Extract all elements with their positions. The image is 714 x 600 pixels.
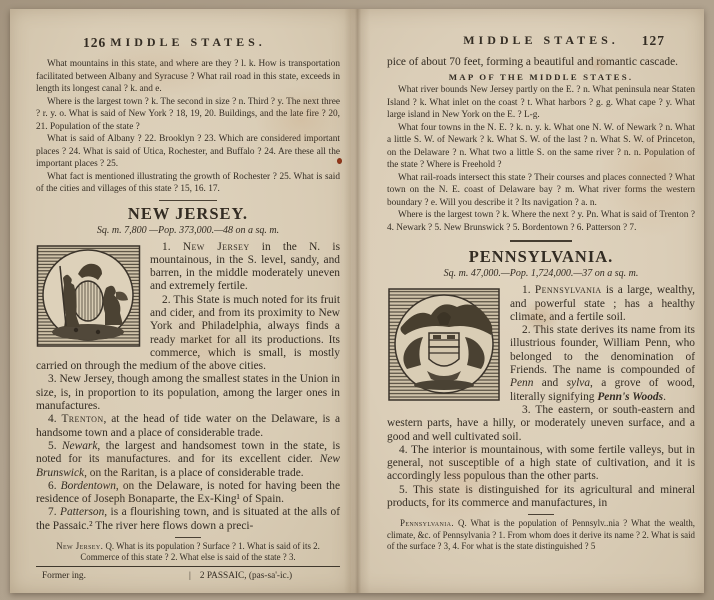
page-126-header: 126 MIDDLE STATES. [36,35,340,53]
nj-paragraph-3: 3. New Jersey, though among the smallest… [36,373,340,413]
page-number-127: 127 [642,33,665,49]
page-126: 126 MIDDLE STATES. What mountains in thi… [10,9,351,593]
ink-speck [337,158,342,164]
pa-paragraph-5: 5. This state is distinguished for its a… [387,484,695,511]
page-127-content: MIDDLE STATES. 127 pice of about 70 feet… [351,9,704,593]
new-jersey-stats: Sq. m. 7,800 —Pop. 373,000.—48 on a sq. … [36,225,340,237]
map-section-heading: MAP OF THE MIDDLE STATES. [387,72,695,82]
nj-paragraph-7: 7. Patterson, is a flourishing town, and… [36,506,340,533]
footnote-full-rule [36,566,340,567]
continuation-paragraph: pice of about 70 feet, forming a beautif… [387,56,695,69]
footnote-passaic: 2 PASSAIC, (pas-sa'-ic.) [200,571,292,582]
pennsylvania-divider-rule [510,240,572,242]
review-question-1: What mountains in this state, and where … [36,58,340,96]
page-number-126: 126 [83,35,106,51]
running-title-left: MIDDLE STATES. [36,35,340,50]
pennsylvania-body: 1. Pennsylvania is a large, wealthy, and… [387,284,695,510]
page-spread: 126 MIDDLE STATES. What mountains in thi… [10,9,704,593]
new-jersey-body: 1. New Jersey in the N. is mountainous, … [36,241,340,534]
review-question-4: What fact is mentioned illustrating the … [36,171,340,196]
section-divider-rule [159,200,217,201]
nj-paragraph-4: 4. Trenton, at the head of tide water on… [36,413,340,440]
pennsylvania-coat-of-arms-engraving [387,287,501,403]
pennsylvania-stats: Sq. m. 47,000.—Pop. 1,724,000.—37 on a s… [387,268,695,280]
pa-paragraph-3: 3. The eastern, or south-eastern and wes… [387,404,695,444]
map-question-2: What four towns in the N. E. ? k. n. y. … [387,122,695,172]
new-jersey-seal-engraving [36,244,141,350]
nj-footnote-questions: New Jersey. Q. What is its population ? … [36,541,340,563]
footnote-former-king: Former ing. [36,571,189,582]
review-question-3: What is said of Albany ? 22. Brooklyn ? … [36,133,340,171]
map-question-4: Where is the largest town ? k. Where the… [387,209,695,234]
book-scan: 126 MIDDLE STATES. What mountains in thi… [0,0,714,600]
nj-footnote-bottom: Former ing. | 2 PASSAIC, (pas-sa'-ic.) [36,571,340,582]
nj-paragraph-6: 6. Bordentown, on the Delaware, is noted… [36,480,340,507]
new-jersey-title: NEW JERSEY. [36,204,340,224]
footnote-divider-rule [175,537,201,538]
page-127: MIDDLE STATES. 127 pice of about 70 feet… [351,9,704,593]
page-126-content: 126 MIDDLE STATES. What mountains in thi… [10,9,351,593]
map-question-3: What rail-roads intersect this state ? T… [387,172,695,210]
pa-paragraph-4: 4. The interior is mountainous, with som… [387,444,695,484]
review-question-2: Where is the largest town ? k. The secon… [36,96,340,134]
page-127-header: MIDDLE STATES. 127 [387,33,695,51]
nj-paragraph-5: 5. Newark, the largest and handsomest to… [36,440,340,480]
footnote-divider-bar: | [189,571,191,582]
pa-footnote-divider-rule [528,514,554,515]
pennsylvania-title: PENNSYLVANIA. [387,247,695,267]
map-question-1: What river bounds New Jersey partly on t… [387,84,695,122]
pa-footnote-questions: Pennsylvania. Q. What is the population … [387,518,695,552]
